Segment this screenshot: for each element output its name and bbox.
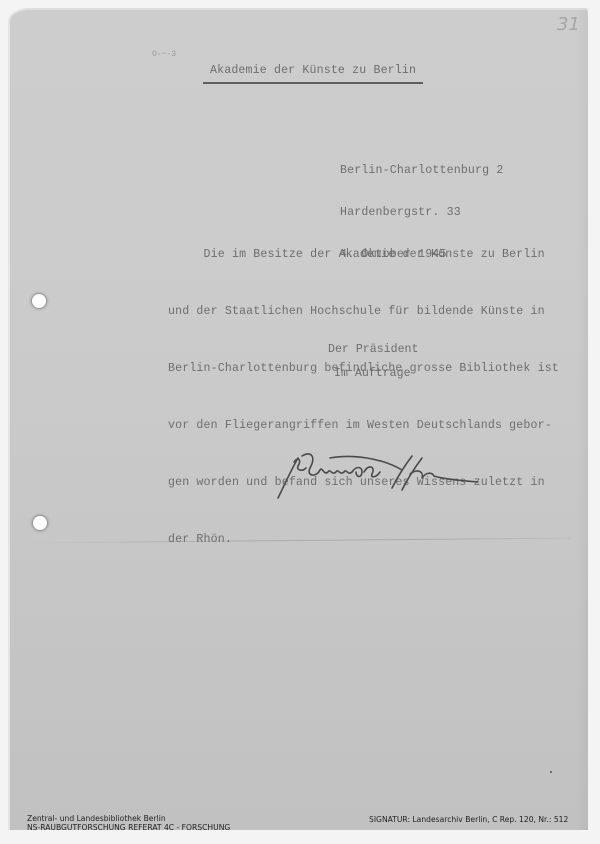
- letterhead-underline: [203, 82, 423, 84]
- scanned-document: 31 O-~-3 Akademie der Künste zu Berlin B…: [0, 0, 600, 844]
- footer-institution: Zentral- und Landesbibliothek Berlin NS-…: [27, 814, 230, 832]
- footer-department: NS-RAUBGUTFORSCHUNG REFERAT 4C - FORSCHU…: [27, 823, 230, 832]
- footer-library: Zentral- und Landesbibliothek Berlin: [27, 814, 230, 823]
- body-line: vor den Fliegerangriffen im Westen Deuts…: [168, 416, 559, 435]
- punch-hole-icon: [32, 294, 46, 308]
- letterhead: Akademie der Künste zu Berlin: [210, 64, 416, 77]
- punch-hole-icon: [33, 516, 47, 530]
- closing-block: Der Präsident Im Auftrage: [328, 343, 418, 391]
- paper-speck: [550, 771, 552, 773]
- body-line: und der Staatlichen Hochschule für bilde…: [168, 302, 559, 321]
- footer-signature-reference: SIGNATUR: Landesarchiv Berlin, C Rep. 12…: [369, 815, 568, 824]
- letter-body: Die im Besitze der Akademie der Künste z…: [168, 207, 559, 587]
- signature-icon: [272, 448, 492, 508]
- body-line: der Rhön.: [168, 530, 559, 549]
- page-number: 31: [557, 14, 580, 35]
- body-line: Die im Besitze der Akademie der Künste z…: [168, 245, 559, 264]
- closing-title: Der Präsident: [328, 343, 418, 367]
- closing-on-behalf: Im Auftrage: [328, 367, 418, 391]
- archive-mark: O-~-3: [152, 50, 176, 59]
- address-line: Berlin-Charlottenburg 2: [340, 164, 503, 178]
